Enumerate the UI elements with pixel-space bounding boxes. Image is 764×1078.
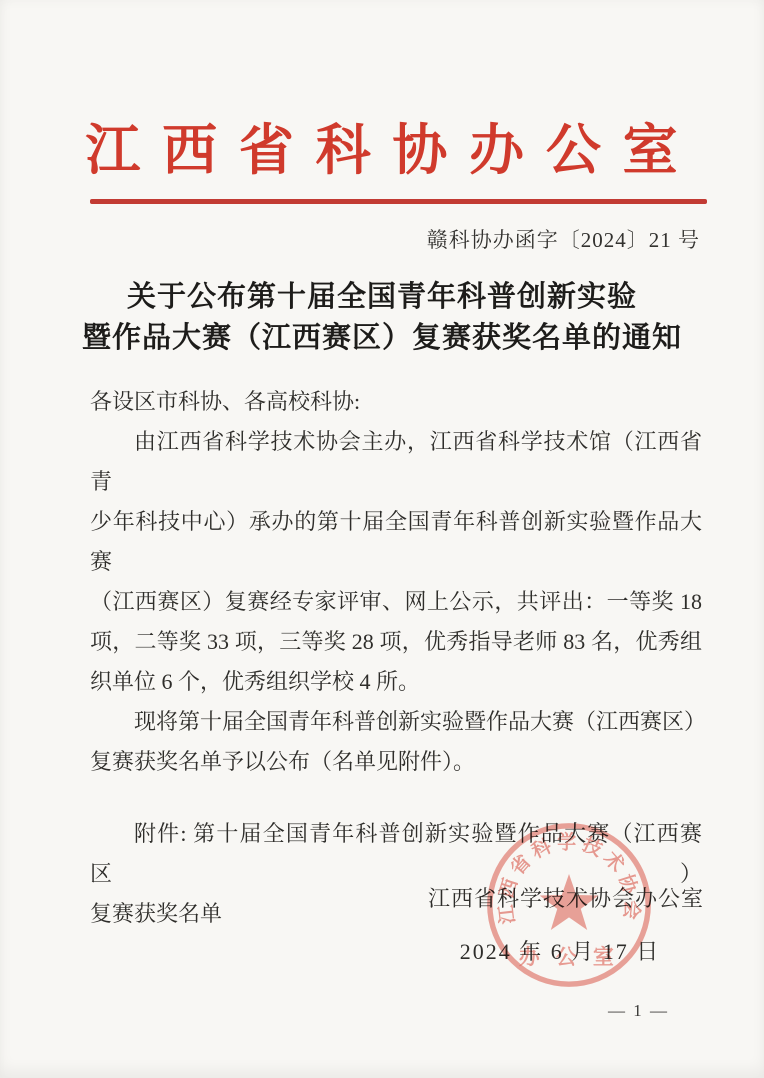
body-line: 由江西省科学技术协会主办，江西省科学技术馆（江西省青 <box>90 422 702 502</box>
document-title-line2: 暨作品大赛（江西赛区）复赛获奖名单的通知 <box>0 318 764 359</box>
signature-block: 江西省科学技术协会办公室 2024 年 6 月 17 日 <box>428 882 692 966</box>
body-line: 少年科技中心）承办的第十届全国青年科普创新实验暨作品大赛 <box>90 502 702 582</box>
document-body: 各设区市科协、各高校科协: 由江西省科学技术协会主办，江西省科学技术馆（江西省青… <box>90 382 702 934</box>
body-line: 织单位 6 个，优秀组织学校 4 所。 <box>90 662 702 702</box>
body-line: 复赛获奖名单予以公布（名单见附件）。 <box>90 742 702 782</box>
document-title-line1: 关于公布第十届全国青年科普创新实验 <box>0 277 764 318</box>
body-line: 现将第十届全国青年科普创新实验暨作品大赛（江西赛区） <box>90 702 702 742</box>
salutation: 各设区市科协、各高校科协: <box>90 382 702 422</box>
letterhead-title: 江 西 省 科 协 办 公 室 <box>0 118 764 184</box>
document-page: 江 西 省 科 协 办 公 室 赣科协办函字〔2024〕21 号 关于公布第十届… <box>0 0 764 1078</box>
signature-date: 2024 年 6 月 17 日 <box>428 935 692 966</box>
page-number: — 1 — <box>608 1001 669 1021</box>
body-line: 项，二等奖 33 项，三等奖 28 项，优秀指导老师 83 名，优秀组 <box>90 622 702 662</box>
body-line: （江西赛区）复赛经专家评审、网上公示，共评出：一等奖 18 <box>90 582 702 622</box>
red-separator-line <box>90 199 707 204</box>
document-number: 赣科协办函字〔2024〕21 号 <box>427 224 700 254</box>
document-title: 关于公布第十届全国青年科普创新实验 暨作品大赛（江西赛区）复赛获奖名单的通知 <box>0 277 764 359</box>
signature-org: 江西省科学技术协会办公室 <box>428 882 692 913</box>
